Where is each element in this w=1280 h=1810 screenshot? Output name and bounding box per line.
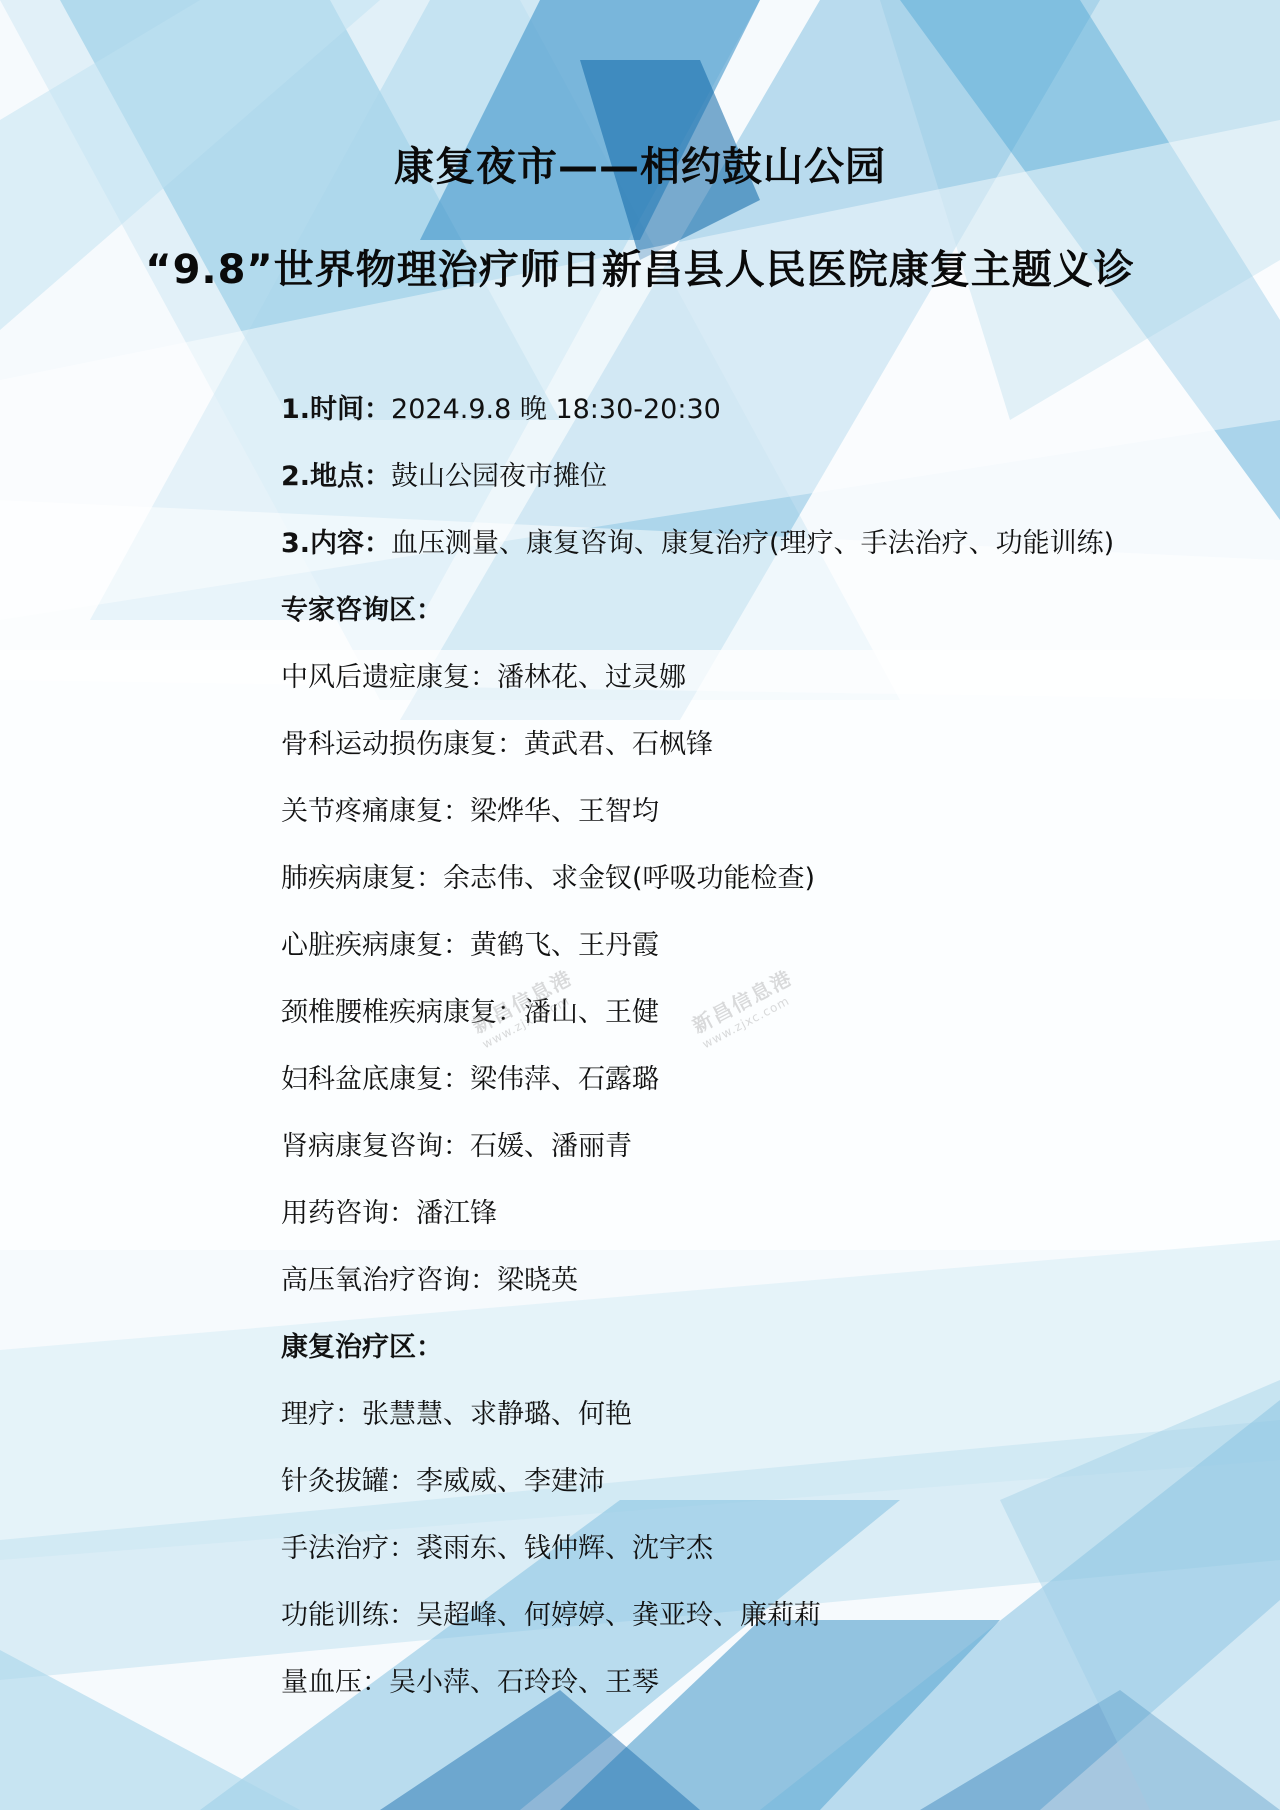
item-label: 肺疾病康复： <box>281 863 443 894</box>
item-label: 手法治疗： <box>281 1533 416 1564</box>
info-time: 1.时间：2024.9.8 晚 18:30-20:30 <box>281 390 1241 457</box>
item-names: 潘林花、过灵娜 <box>497 662 686 693</box>
item-names: 梁晓英 <box>497 1265 578 1296</box>
info-label: 1.时间： <box>281 394 391 425</box>
list-item: 理疗：张慧慧、求静璐、何艳 <box>281 1395 1241 1462</box>
info-value: 2024.9.8 晚 18:30-20:30 <box>391 394 721 425</box>
item-names: 张慧慧、求静璐、何艳 <box>362 1399 632 1430</box>
item-names: 裘雨东、钱仲辉、沈宇杰 <box>416 1533 713 1564</box>
list-item: 妇科盆底康复：梁伟萍、石露璐 <box>281 1060 1241 1127</box>
item-label: 中风后遗症康复： <box>281 662 497 693</box>
item-names: 黄鹤飞、王丹霞 <box>470 930 659 961</box>
list-item: 骨科运动损伤康复：黄武君、石枫锋 <box>281 725 1241 792</box>
item-names: 余志伟、求金钗(呼吸功能检查) <box>443 863 815 894</box>
info-content: 3.内容：血压测量、康复咨询、康复治疗(理疗、手法治疗、功能训练) <box>281 524 1241 591</box>
list-item: 高压氧治疗咨询：梁晓英 <box>281 1261 1241 1328</box>
event-details: 1.时间：2024.9.8 晚 18:30-20:30 2.地点：鼓山公园夜市摊… <box>281 390 1241 1730</box>
item-label: 骨科运动损伤康复： <box>281 729 524 760</box>
item-label: 关节疼痛康复： <box>281 796 470 827</box>
list-item: 功能训练：吴超峰、何婷婷、龚亚玲、廉莉莉 <box>281 1596 1241 1663</box>
item-label: 妇科盆底康复： <box>281 1064 470 1095</box>
treatment-zone-heading: 康复治疗区： <box>281 1328 1241 1395</box>
info-label: 3.内容： <box>281 528 391 559</box>
item-names: 吴小萍、石玲玲、王琴 <box>389 1667 659 1698</box>
list-item: 量血压：吴小萍、石玲玲、王琴 <box>281 1663 1241 1730</box>
item-label: 功能训练： <box>281 1600 416 1631</box>
list-item: 肺疾病康复：余志伟、求金钗(呼吸功能检查) <box>281 859 1241 926</box>
poster-subtitle: “9.8”世界物理治疗师日新昌县人民医院康复主题义诊 <box>0 238 1280 295</box>
poster: 康复夜市——相约鼓山公园 “9.8”世界物理治疗师日新昌县人民医院康复主题义诊 … <box>0 0 1280 1810</box>
info-value: 血压测量、康复咨询、康复治疗(理疗、手法治疗、功能训练) <box>391 528 1114 559</box>
item-label: 高压氧治疗咨询： <box>281 1265 497 1296</box>
item-names: 潘江锋 <box>416 1198 497 1229</box>
item-names: 石媛、潘丽青 <box>470 1131 632 1162</box>
item-label: 心脏疾病康复： <box>281 930 470 961</box>
expert-zone-heading: 专家咨询区： <box>281 591 1241 658</box>
item-label: 肾病康复咨询： <box>281 1131 470 1162</box>
poster-title: 康复夜市——相约鼓山公园 <box>0 135 1280 192</box>
item-label: 用药咨询： <box>281 1198 416 1229</box>
item-label: 量血压： <box>281 1667 389 1698</box>
list-item: 肾病康复咨询：石媛、潘丽青 <box>281 1127 1241 1194</box>
item-names: 李威威、李建沛 <box>416 1466 605 1497</box>
list-item: 关节疼痛康复：梁烨华、王智均 <box>281 792 1241 859</box>
info-location: 2.地点：鼓山公园夜市摊位 <box>281 457 1241 524</box>
item-names: 吴超峰、何婷婷、龚亚玲、廉莉莉 <box>416 1600 821 1631</box>
list-item: 针灸拔罐：李威威、李建沛 <box>281 1462 1241 1529</box>
info-value: 鼓山公园夜市摊位 <box>391 461 607 492</box>
list-item: 用药咨询：潘江锋 <box>281 1194 1241 1261</box>
item-names: 黄武君、石枫锋 <box>524 729 713 760</box>
list-item: 手法治疗：裘雨东、钱仲辉、沈宇杰 <box>281 1529 1241 1596</box>
info-label: 2.地点： <box>281 461 391 492</box>
list-item: 中风后遗症康复：潘林花、过灵娜 <box>281 658 1241 725</box>
item-label: 理疗： <box>281 1399 362 1430</box>
item-names: 梁伟萍、石露璐 <box>470 1064 659 1095</box>
item-names: 梁烨华、王智均 <box>470 796 659 827</box>
item-label: 针灸拔罐： <box>281 1466 416 1497</box>
